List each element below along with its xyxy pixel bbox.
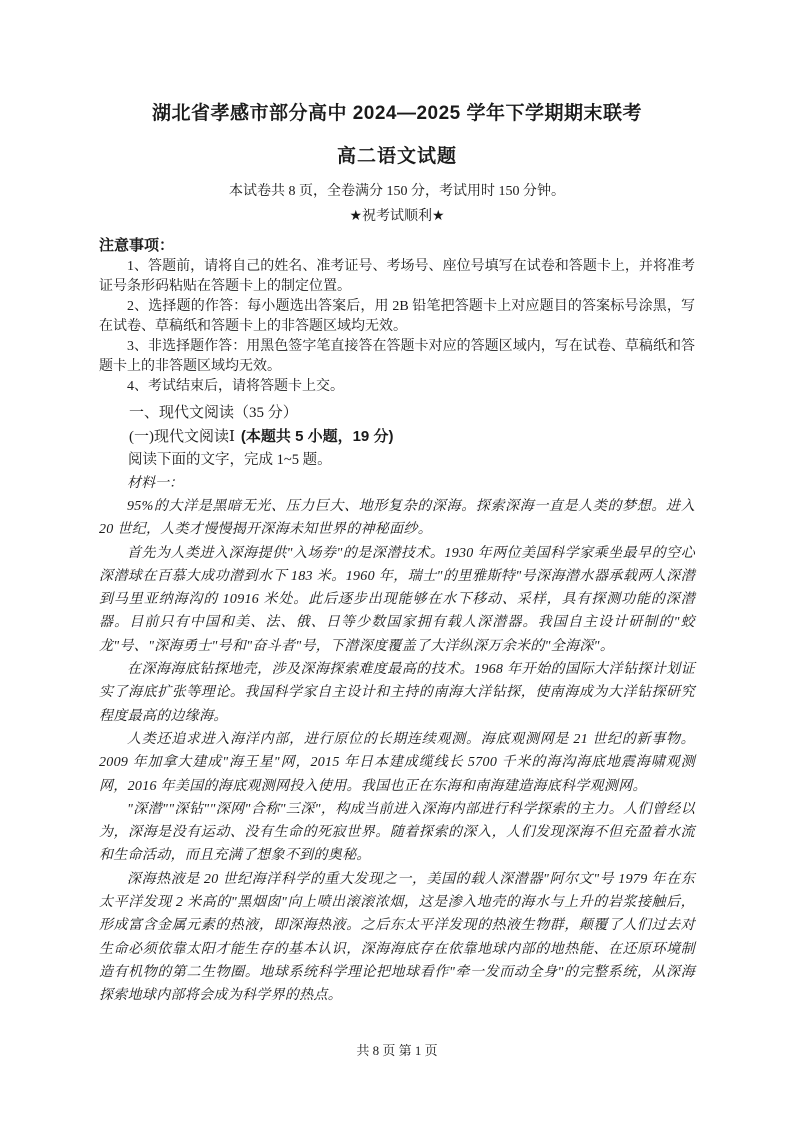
material-paragraph-5: "深潜""深钻""深网"合称"三深"，构成当前进入深海内部进行科学探索的主力。人…	[99, 798, 695, 868]
subsection-1-heading: (一)现代文阅读Ⅰ(本题共 5 小题，19 分)	[99, 425, 695, 449]
exam-title: 湖北省孝感市部分高中 2024—2025 学年下学期期末联考	[99, 98, 695, 125]
page-number-footer: 共 8 页 第 1 页	[0, 1040, 794, 1059]
notices-heading: 注意事项：	[99, 235, 695, 257]
exam-wish-line: ★祝考试顺利★	[99, 205, 695, 225]
reading-section: 一、现代文阅读（35 分） (一)现代文阅读Ⅰ(本题共 5 小题，19 分) 阅…	[99, 401, 695, 1008]
material-paragraph-6: 深海热液是 20 世纪海洋科学的重大发现之一，美国的载人深潜器"阿尔文"号 19…	[99, 868, 695, 1008]
exam-info-line: 本试卷共 8 页，全卷满分 150 分，考试用时 150 分钟。	[99, 182, 695, 202]
exam-subtitle: 高二语文试题	[99, 141, 695, 168]
subsection-1-points: (本题共 5 小题，19 分)	[241, 428, 394, 445]
notice-item-3: 3、非选择题作答：用黑色签字笔直接答在答题卡对应的答题区域内，写在试卷、草稿纸和…	[99, 337, 695, 377]
notices-section: 注意事项： 1、答题前，请将自己的姓名、准考证号、考场号、座位号填写在试卷和答题…	[99, 235, 695, 397]
reading-prompt: 阅读下面的文字，完成 1~5 题。	[99, 449, 695, 472]
material-paragraph-4: 人类还追求进入海洋内部，进行原位的长期连续观测。海底观测网是 21 世纪的新事物…	[99, 728, 695, 798]
notice-item-4: 4、考试结束后，请将答题卡上交。	[99, 377, 695, 397]
material-paragraph-1: 95%的大洋是黑暗无光、压力巨大、地形复杂的深海。探索深海一直是人类的梦想。进入…	[99, 495, 695, 542]
subsection-1-label: (一)现代文阅读Ⅰ	[129, 429, 235, 445]
notice-item-2: 2、选择题的作答：每小题选出答案后，用 2B 铅笔把答题卡上对应题目的答案标号涂…	[99, 297, 695, 337]
notice-item-1: 1、答题前，请将自己的姓名、准考证号、考场号、座位号填写在试卷和答题卡上，并将准…	[99, 257, 695, 297]
material-paragraph-2: 首先为人类进入深海提供"入场券"的是深潜技术。1930 年两位美国科学家乘坐最早…	[99, 542, 695, 658]
section-1-heading: 一、现代文阅读（35 分）	[99, 401, 695, 425]
exam-paper-page: 湖北省孝感市部分高中 2024—2025 学年下学期期末联考 高二语文试题 本试…	[0, 0, 794, 1123]
material-1-label: 材料一：	[99, 472, 695, 495]
material-paragraph-3: 在深海海底钻探地壳，涉及深海探索难度最高的技术。1968 年开始的国际大洋钻探计…	[99, 658, 695, 728]
page-content: 湖北省孝感市部分高中 2024—2025 学年下学期期末联考 高二语文试题 本试…	[99, 0, 695, 1008]
